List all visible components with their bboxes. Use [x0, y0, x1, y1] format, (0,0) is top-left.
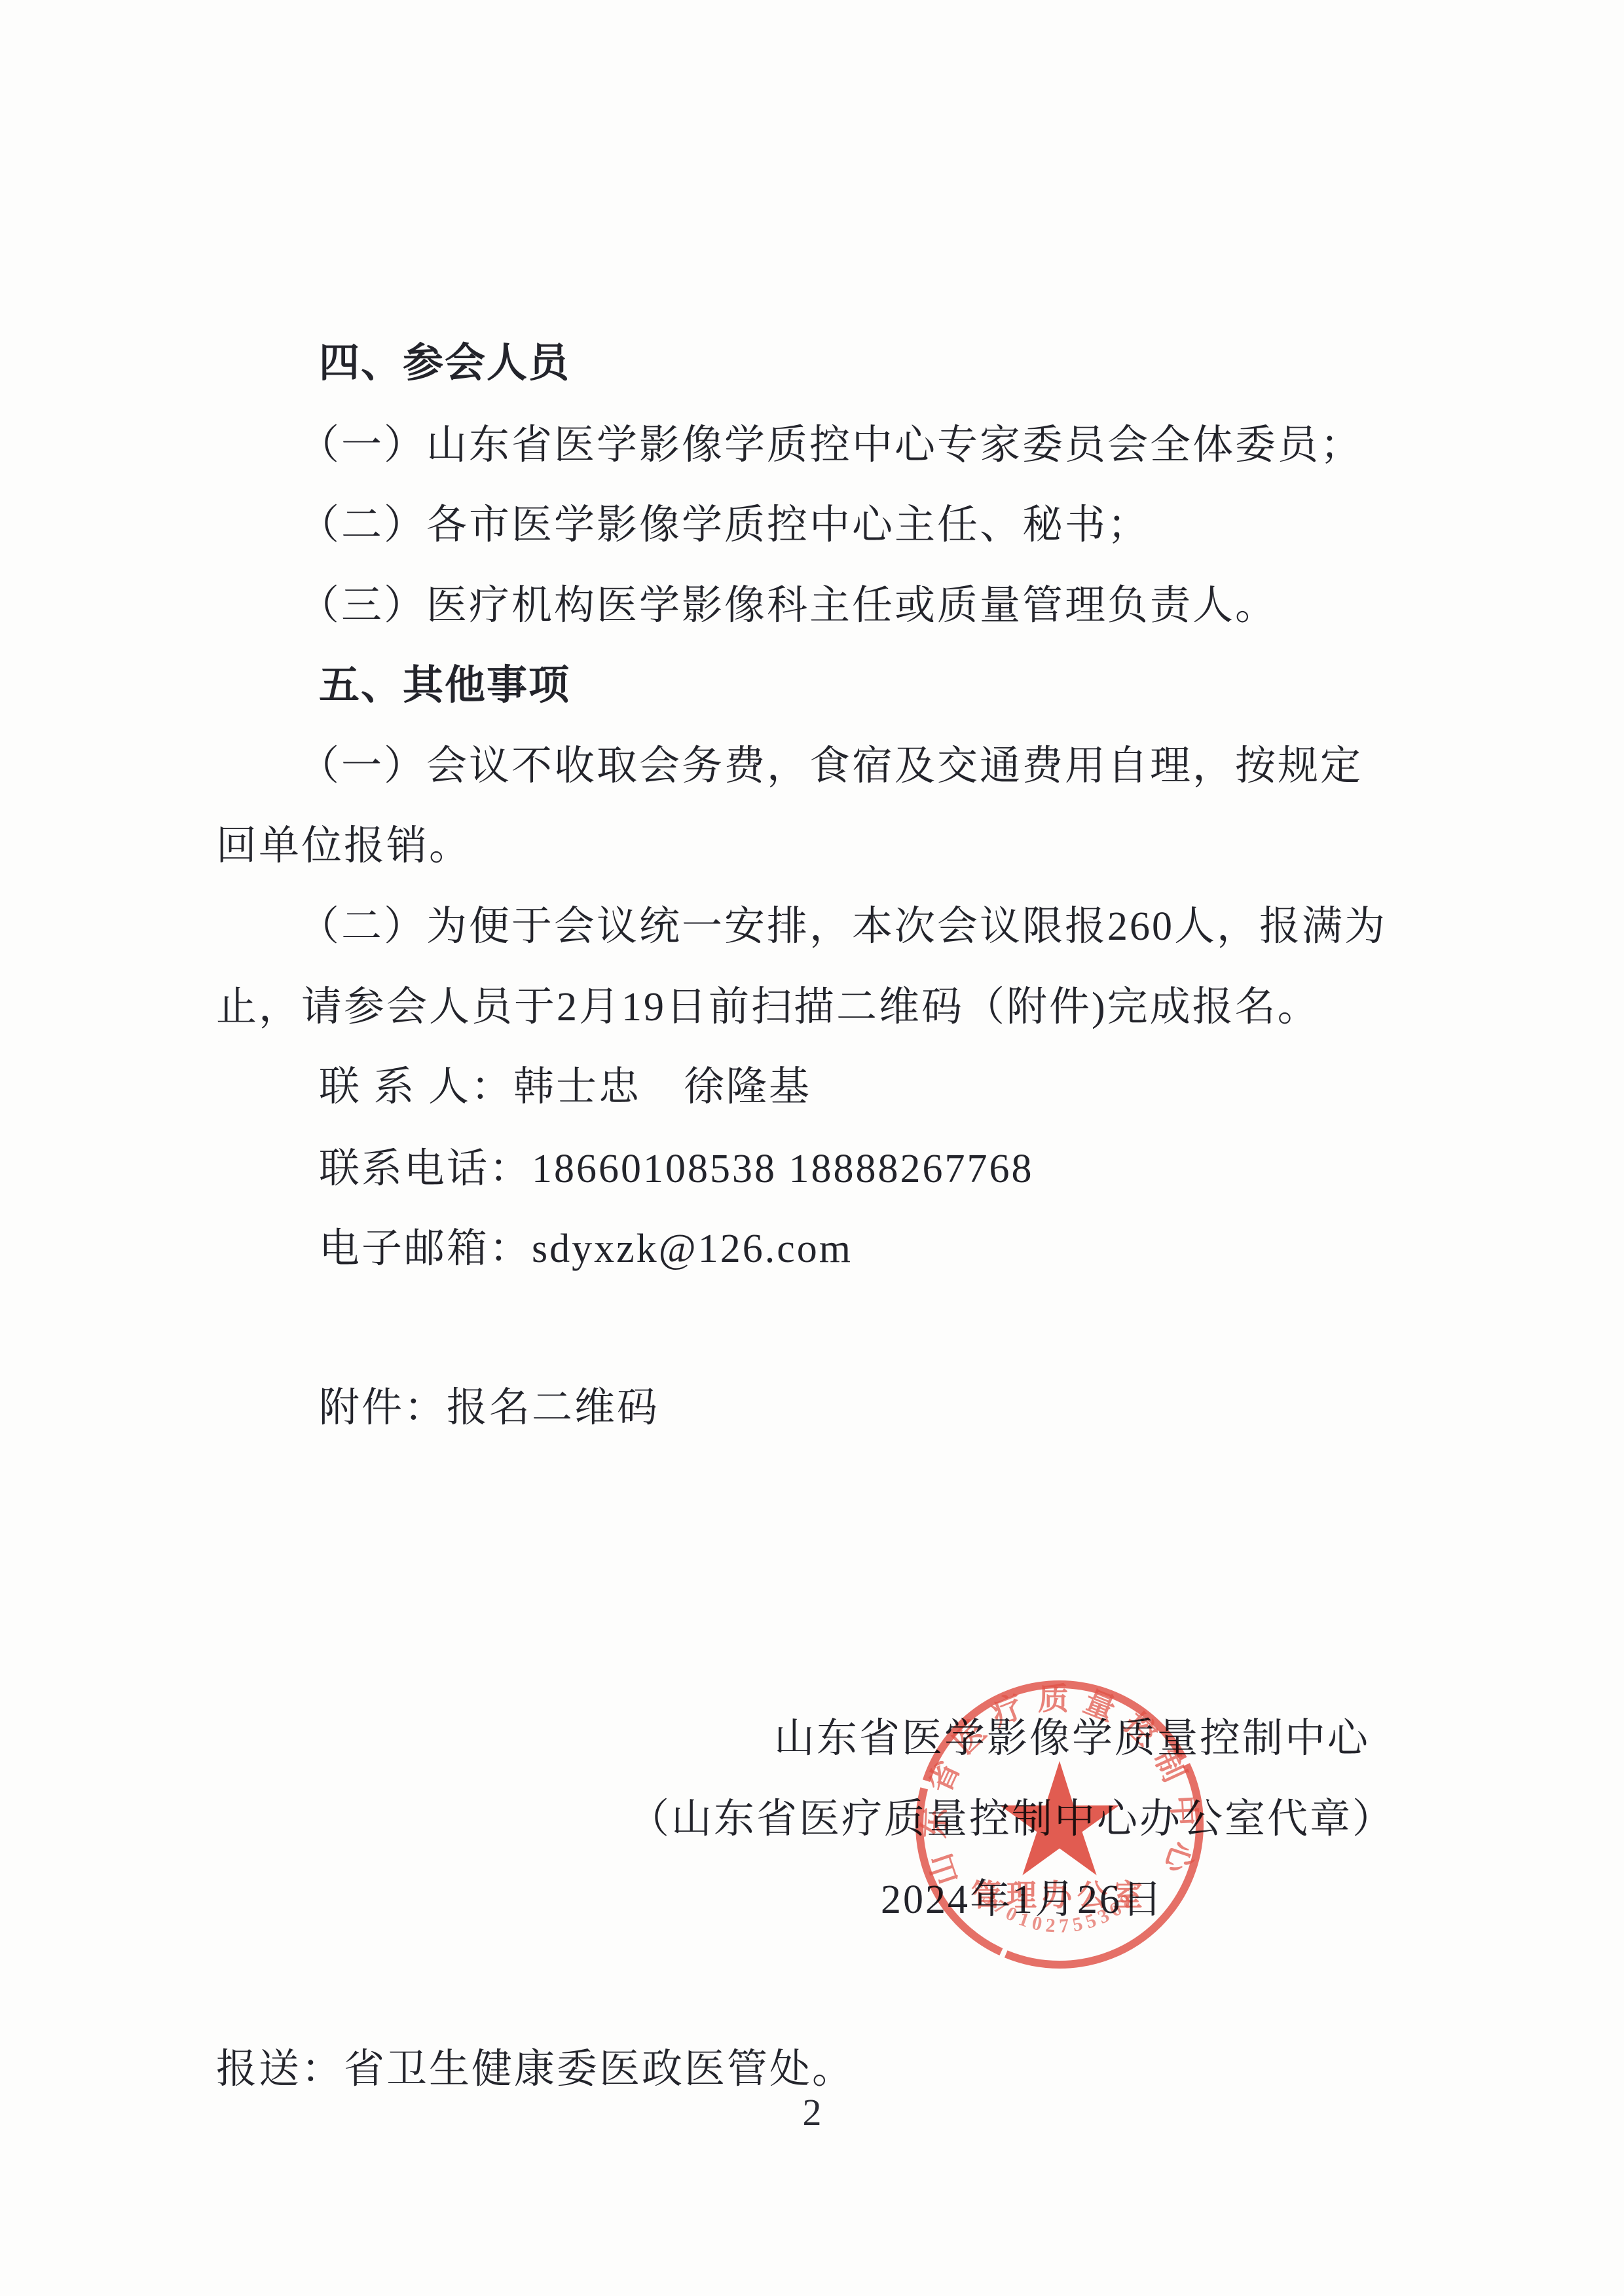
text-line: 报送：省卫生健康委医政医管处。 — [216, 2042, 855, 2097]
text-line: 止，请参会人员于2月19日前扫描二维码（附件)完成报名。 — [216, 980, 1320, 1035]
text-line: （一）会议不收取会务费，食宿及交通费用自理，按规定 — [299, 739, 1363, 794]
text-line: 电子邮箱：sdyxzk@126.com — [319, 1221, 853, 1276]
text-line: 联系电话：18660108538 18888267768 — [319, 1141, 1034, 1196]
text-line: 附件：报名二维码 — [319, 1380, 659, 1435]
text-line: 五、其他事项 — [319, 658, 570, 713]
text-line: （三）医疗机构医学影像科主任或质量管理负责人。 — [299, 578, 1278, 633]
text-line: 四、参会人员 — [319, 336, 570, 391]
text-line: 回单位报销。 — [216, 819, 471, 874]
text-line: （一）山东省医学影像学质控中心专家委员会全体委员； — [299, 418, 1363, 473]
official-seal: 山东省医疗质量控制中心 管理办公室 370102755368 — [910, 1675, 1209, 1974]
document-page: 四、参会人员（一）山东省医学影像学质控中心专家委员会全体委员；（二）各市医学影像… — [0, 0, 1624, 2296]
seal-star — [1000, 1761, 1119, 1876]
text-line: （二）各市医学影像学质控中心主任、秘书； — [299, 498, 1150, 553]
text-line: 联 系 人：韩士忠 徐隆基 — [319, 1060, 811, 1115]
page-number: 2 — [792, 2090, 832, 2134]
text-line: （二）为便于会议统一安排，本次会议限报260人，报满为 — [299, 899, 1387, 954]
